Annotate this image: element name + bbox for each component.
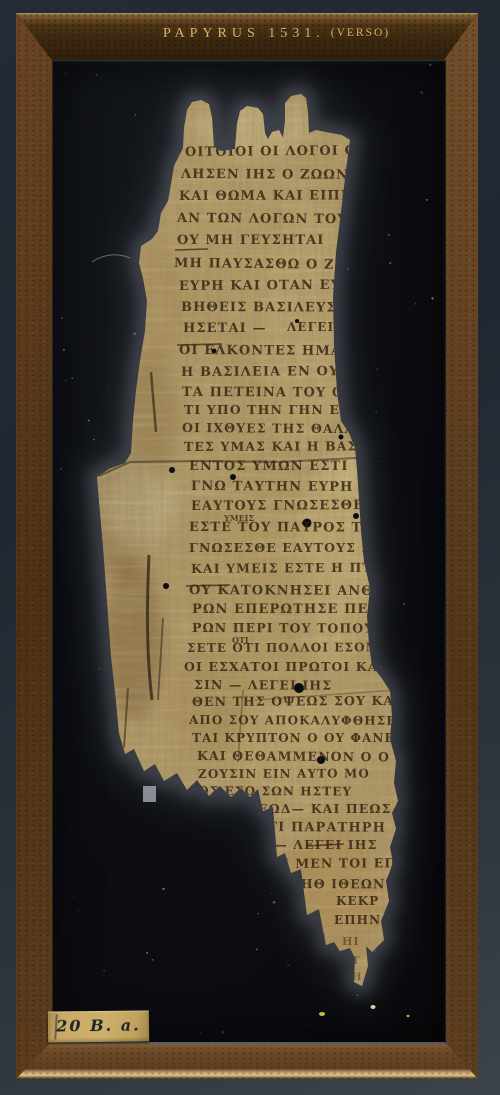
- papyrus-text-line: ΕΠΗΝ: [334, 913, 381, 927]
- papyrus-text-line: ΚΑΙ ΥΜΕΙΣ ΕΣΤΕ Η ΠΤΩ: [191, 560, 385, 576]
- papyrus-superscript: ΥΜΕΙΣ: [223, 513, 254, 523]
- papyrus-text-line: ΗΙ: [342, 935, 360, 948]
- papyrus-text-line: ΕΣΤΕ ΤΟΥ ΠΑΤΡΟΣ ΤΟΥ: [189, 520, 385, 536]
- papyrus-text-line: ΟΙ ΕΛΚΟΝΤΕΣ ΗΜΑΣ: [179, 343, 352, 359]
- papyrus-text-line: ΟΙ ΕΣΧΑΤΟΙ ΠΡΩΤΟΙ ΚΑΙ: [184, 659, 385, 674]
- papyrus-text-line: ΟΙΤΟΙΟΙ ΟΙ ΛΟΓΟΙ ΟΙ: [185, 143, 364, 160]
- papyrus-text-line: ΗΣΕΤΑΙ —: [183, 321, 267, 336]
- papyrus-text-line: ΤΑΙ ΚΡΥΠΤΟΝ Ο ΟΥ ΦΑΝΕ: [192, 731, 395, 745]
- papyrus-superscript: ΟΤΙ: [232, 635, 249, 645]
- papyrus-text-line: ΓΝΩ ΤΑΥΤΗΝ ΕΥΡΗ: [191, 479, 353, 495]
- papyrus-text-line: ΛΗΣΕΝ ΙΗΣ Ο ΖΩΩΝ Κ: [180, 167, 367, 183]
- papyrus-text-line: ΕΩΔ— ΚΑΙ ΠΕΩΣ: [258, 801, 392, 816]
- papyrus-text-line: ΕΑΥΤΟΥΣ ΓΝΩΣΕΣΘΕ: [191, 498, 364, 514]
- papyrus-text-line: ΛΕΓΕΙ: [286, 320, 334, 334]
- papyrus-text-line: Η ΒΑΣΙΛΕΙΑ ΕΝ ΟΥΡΑ: [181, 364, 362, 380]
- mounting-tab: [143, 786, 156, 802]
- papyrus-text-line: ΡΩΝ ΕΠΕΡΩΤΗΣΕ ΠΕ: [192, 602, 369, 617]
- papyrus-text-line: ΓΝΩΣΕΣΘΕ ΕΑΥΤΟΥΣ ΕΙΣ: [189, 540, 389, 555]
- papyrus-text-line: ΚΕΚΡ: [336, 894, 379, 908]
- papyrus-text-line: ΘΕΝ ΤΗΣ ΟΨΕΩΣ ΣΟΥ ΚΑΙ: [192, 693, 401, 709]
- papyrus-text-line: ΕΝΤΟΣ ΥΜΩΝ ΕΣΤΙ: [189, 459, 349, 474]
- papyrus-text-line: ΤΙ ΥΠΟ ΤΗΝ ΓΗΝ ΕΣΤ: [184, 402, 360, 417]
- papyrus-text-line: ΤΕΣ ΥΜΑΣ ΚΑΙ Η ΒΑΣ: [184, 438, 358, 454]
- shelfmark-label: 20 B. a.: [48, 1010, 149, 1042]
- papyrus-paragraphos-mark: [177, 344, 222, 345]
- papyrus-fragment-photo: ΟΙΤΟΙΟΙ ΟΙ ΛΟΓΟΙ ΟΙΛΗΣΕΝ ΙΗΣ Ο ΖΩΩΝ ΚΚΑΙ…: [0, 0, 500, 1095]
- papyrus-text-line: ΣΙΝ — ΛΕΓΕΙ ΙΗΣ: [194, 677, 332, 693]
- papyrus-text-line: ΑΝ ΤΩΝ ΛΟΓΩΝ ΤΟΥΤ: [176, 211, 359, 227]
- photograph-of-framed-papyrus: PAPYRUS 1531.(VERSO): [0, 0, 500, 1095]
- papyrus-paragraphos-mark: [186, 585, 230, 586]
- shelfmark-text: 20 B. a.: [56, 1016, 141, 1036]
- papyrus-text-line: ΑΠΟ ΣΟΥ ΑΠΟΚΑΛΥΦΘΗΣΕΤ: [188, 713, 407, 728]
- papyrus-text-line: ΚΑΙ ΘΕΘΑΜΜΕΝΟΝ Ο Ο: [197, 748, 390, 764]
- papyrus-paragraphos-mark: [175, 249, 208, 250]
- papyrus-text-line: ΚΑΙ ΘΩΜΑ ΚΑΙ ΕΙΠΕΝ: [179, 188, 365, 204]
- papyrus-text-line: ΟΥ ΜΗ ΓΕΥΣΗΤΑΙ: [177, 233, 324, 248]
- papyrus-text-line: ΟΙ ΙΧΘΥΕΣ ΤΗΣ ΘΑΛΑ: [182, 420, 355, 436]
- papyrus-text-line: ΖΟΥΣΙΝ ΕΙΝ ΑΥΤΟ ΜΟ: [198, 766, 370, 781]
